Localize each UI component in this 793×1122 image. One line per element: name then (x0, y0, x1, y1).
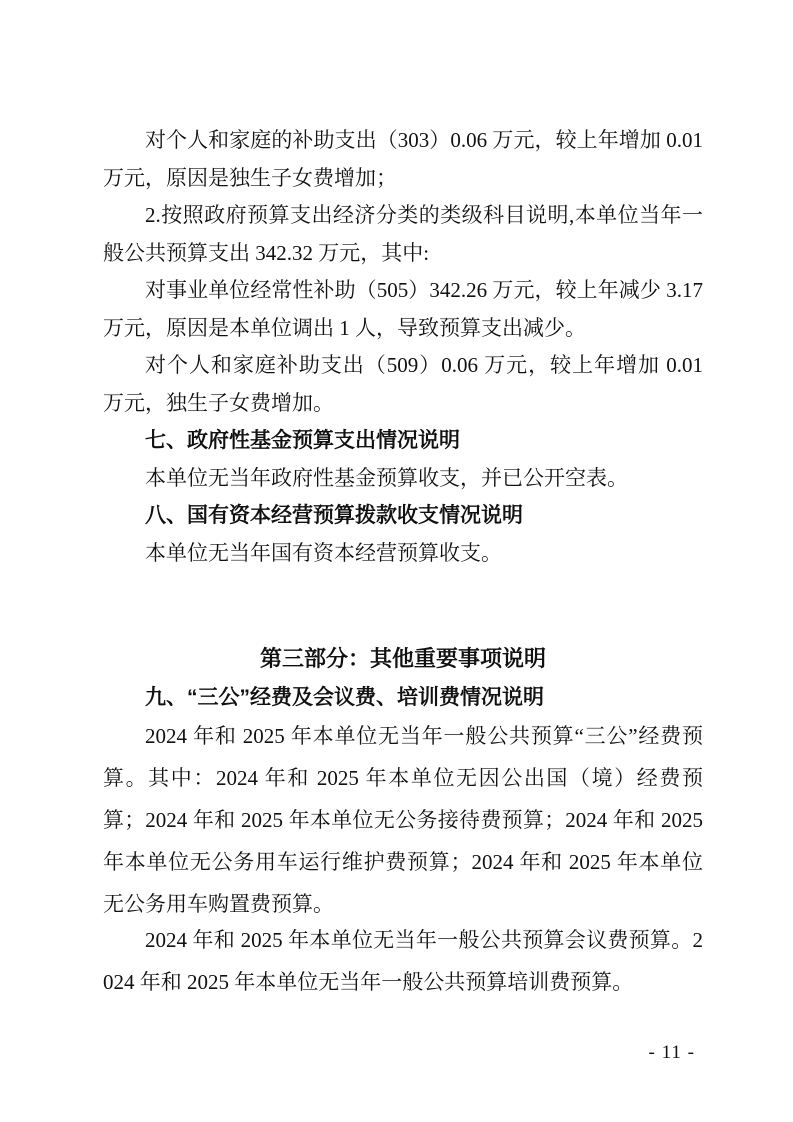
paragraph-three-public-funds: 2024 年和 2025 年本单位无当年一般公共预算“三公”经费预算。其中：20… (103, 715, 703, 925)
paragraph-505-institution-subsidy: 对事业单位经常性补助（505）342.26 万元，较上年减少 3.17 万元，原… (103, 272, 703, 347)
page-content: 对个人和家庭的补助支出（303）0.06 万元，较上年增加 0.01 万元，原因… (103, 122, 703, 1003)
paragraph-509-personal-family-subsidy: 对个人和家庭补助支出（509）0.06 万元，较上年增加 0.01 万元，独生子… (103, 347, 703, 422)
part-3-title: 第三部分：其他重要事项说明 (103, 640, 703, 678)
section-8-heading: 八、国有资本经营预算拨款收支情况说明 (103, 497, 703, 535)
document-page: 对个人和家庭的补助支出（303）0.06 万元，较上年增加 0.01 万元，原因… (0, 0, 793, 1122)
paragraph-meeting-training-fees: 2024 年和 2025 年本单位无当年一般公共预算会议费预算。2024 年和 … (103, 919, 703, 1003)
section-7-body: 本单位无当年政府性基金预算收支，并已公开空表。 (103, 460, 703, 498)
paragraph-303-personal-family-subsidy: 对个人和家庭的补助支出（303）0.06 万元，较上年增加 0.01 万元，原因… (103, 122, 703, 197)
section-7-heading: 七、政府性基金预算支出情况说明 (103, 422, 703, 460)
page-number: - 11 - (649, 1042, 695, 1064)
section-8-body: 本单位无当年国有资本经营预算收支。 (103, 535, 703, 573)
paragraph-economic-classification-summary: 2.按照政府预算支出经济分类的类级科目说明,本单位当年一般公共预算支出 342.… (103, 197, 703, 272)
section-9-heading: 九、“三公”经费及会议费、培训费情况说明 (103, 680, 703, 715)
